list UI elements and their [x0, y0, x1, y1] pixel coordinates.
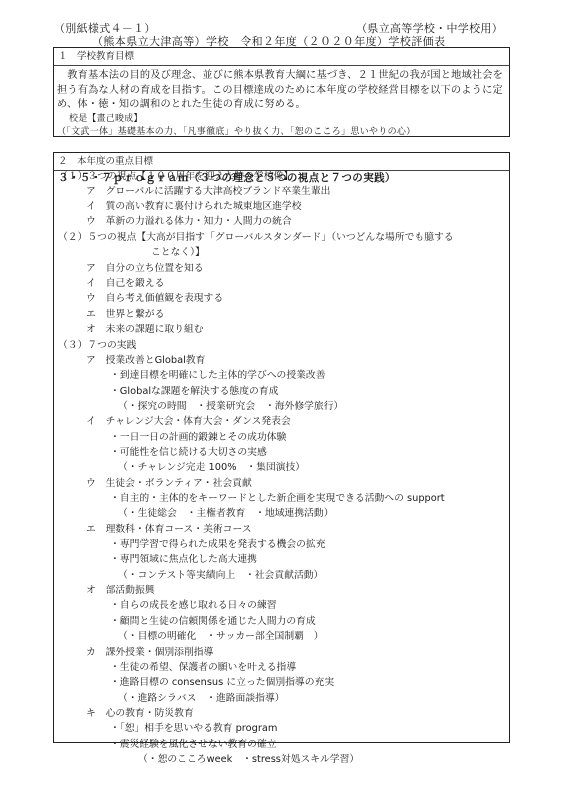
goal-line: （１）３つの視点【１００周年を迎えた時の学校像】 — [58, 171, 293, 183]
goal-line: キ 心の教育・防災教育 — [86, 708, 194, 720]
goal-line: イ 質の高い教育に裏付けられた城東地区進学校 — [86, 201, 302, 213]
goal-line: カ 課外授業・個別添削指導 — [86, 647, 213, 659]
goal-line: ウ 生徒会・ボランティア・社会貢献 — [86, 478, 252, 490]
goal-line: （・進路シラバス ・進路面談指導） — [118, 693, 285, 705]
section1-paragraph: 教育基本法の目的及び理念、並びに熊本県教育大綱に基づき、２１世紀の我が国と地域社… — [57, 69, 506, 113]
goal-line: ・「恕」相手を思いやる教育 program — [110, 723, 277, 735]
goal-line: エ 世界と繋がる — [86, 309, 164, 321]
goal-line: （・チャレンジ完走 100% ・集団演技） — [118, 462, 305, 474]
section1-heading: １ 学校教育目標 — [54, 48, 509, 66]
goal-line: オ 部活動振興 — [86, 585, 155, 597]
section-school-education-goal: １ 学校教育目標 教育基本法の目的及び理念、並びに熊本県教育大綱に基づき、２１世… — [53, 47, 510, 137]
school-motto-detail: （「文武一体」基礎基本の力、「凡事徹底」やり抜く力、「恕のこころ」思いやりの心） — [57, 126, 506, 139]
goal-line: （・コンテスト等実績向上 ・社会貢献活動） — [118, 570, 323, 582]
section-priority-goals: ２ 本年度の重点目標 ３・５・７ｐｒｏｇｒａｍ（３つの理念と５つの視点と７つの実… — [53, 152, 510, 743]
goal-line: （・生徒総会 ・主権者教育 ・地域連携活動） — [118, 508, 334, 520]
goal-line: ・震災経験を風化させない教育の確立 — [110, 739, 277, 751]
goal-line: ・Globalな課題を解決する態度の育成 — [110, 386, 278, 398]
goal-line: ・顧問と生徒の信頼関係を通じた人間力の育成 — [110, 616, 316, 628]
school-motto-label: 校是【畫己晙成】 — [57, 113, 506, 126]
goal-line: ・一日一日の計画的鍛錬とその成功体験 — [110, 432, 286, 444]
section1-body: 教育基本法の目的及び理念、並びに熊本県教育大綱に基づき、２１世紀の我が国と地域社… — [54, 66, 509, 139]
goal-line: ・自らの成長を感じ取れる日々の練習 — [110, 600, 277, 612]
goal-line: ・進路目標の consensus に立った個別指導の充実 — [110, 677, 334, 689]
goal-line: （・目標の明確化 ・サッカー部全国制覇 ） — [118, 631, 324, 643]
goal-line: エ 理数科・体育コース・美術コース — [86, 524, 252, 536]
goal-line: イ 自己を鍛える — [86, 278, 164, 290]
goal-line: ・自主的・主体的をキーワードとした新企画を実現できる活動への support — [110, 493, 445, 505]
goal-line: （・恕のこころweek ・stress対処スキル学習） — [138, 754, 359, 766]
goal-line: （３）７つの実践 — [58, 340, 136, 352]
goal-line: ことなく）】 — [151, 247, 205, 259]
goal-line: ・可能性を信じ続ける大切さの実感 — [110, 447, 267, 459]
goal-line: ア 授業改善とGlobal教育 — [86, 355, 205, 367]
section2-heading: ２ 本年度の重点目標 — [54, 153, 509, 171]
goal-line: イ チャレンジ大会・体育大会・ダンス発表会 — [86, 416, 291, 428]
goal-line: ア グローバルに活躍する大津高校ブランド卒業生輩出 — [86, 186, 330, 198]
goal-line: ・到達目標を明確にした主体的学びへの授業改善 — [110, 370, 326, 382]
goal-line: （・探究の時間 ・授業研究会 ・海外修学旅行） — [118, 401, 343, 413]
goal-line: ・専門領域に焦点化した高大連携 — [110, 554, 257, 566]
goal-line: ウ 革新の力溢れる体力・知力・人間力の統合 — [86, 216, 292, 228]
goal-line: ウ 自ら考え価値観を表現する — [86, 293, 223, 305]
goal-line: オ 未来の課題に取り組む — [86, 324, 204, 336]
goal-line: ・生徒の希望、保護者の願いを叶える指導 — [110, 662, 296, 674]
goal-line: ・専門学習で得られた成果を発表する機会の拡充 — [110, 539, 326, 551]
goal-line: （２）５つの視点【大高が目指す「グローバルスタンダード」（いつどんな場所でも臆す… — [58, 232, 454, 244]
goal-line: ア 自分の立ち位置を知る — [86, 263, 204, 275]
